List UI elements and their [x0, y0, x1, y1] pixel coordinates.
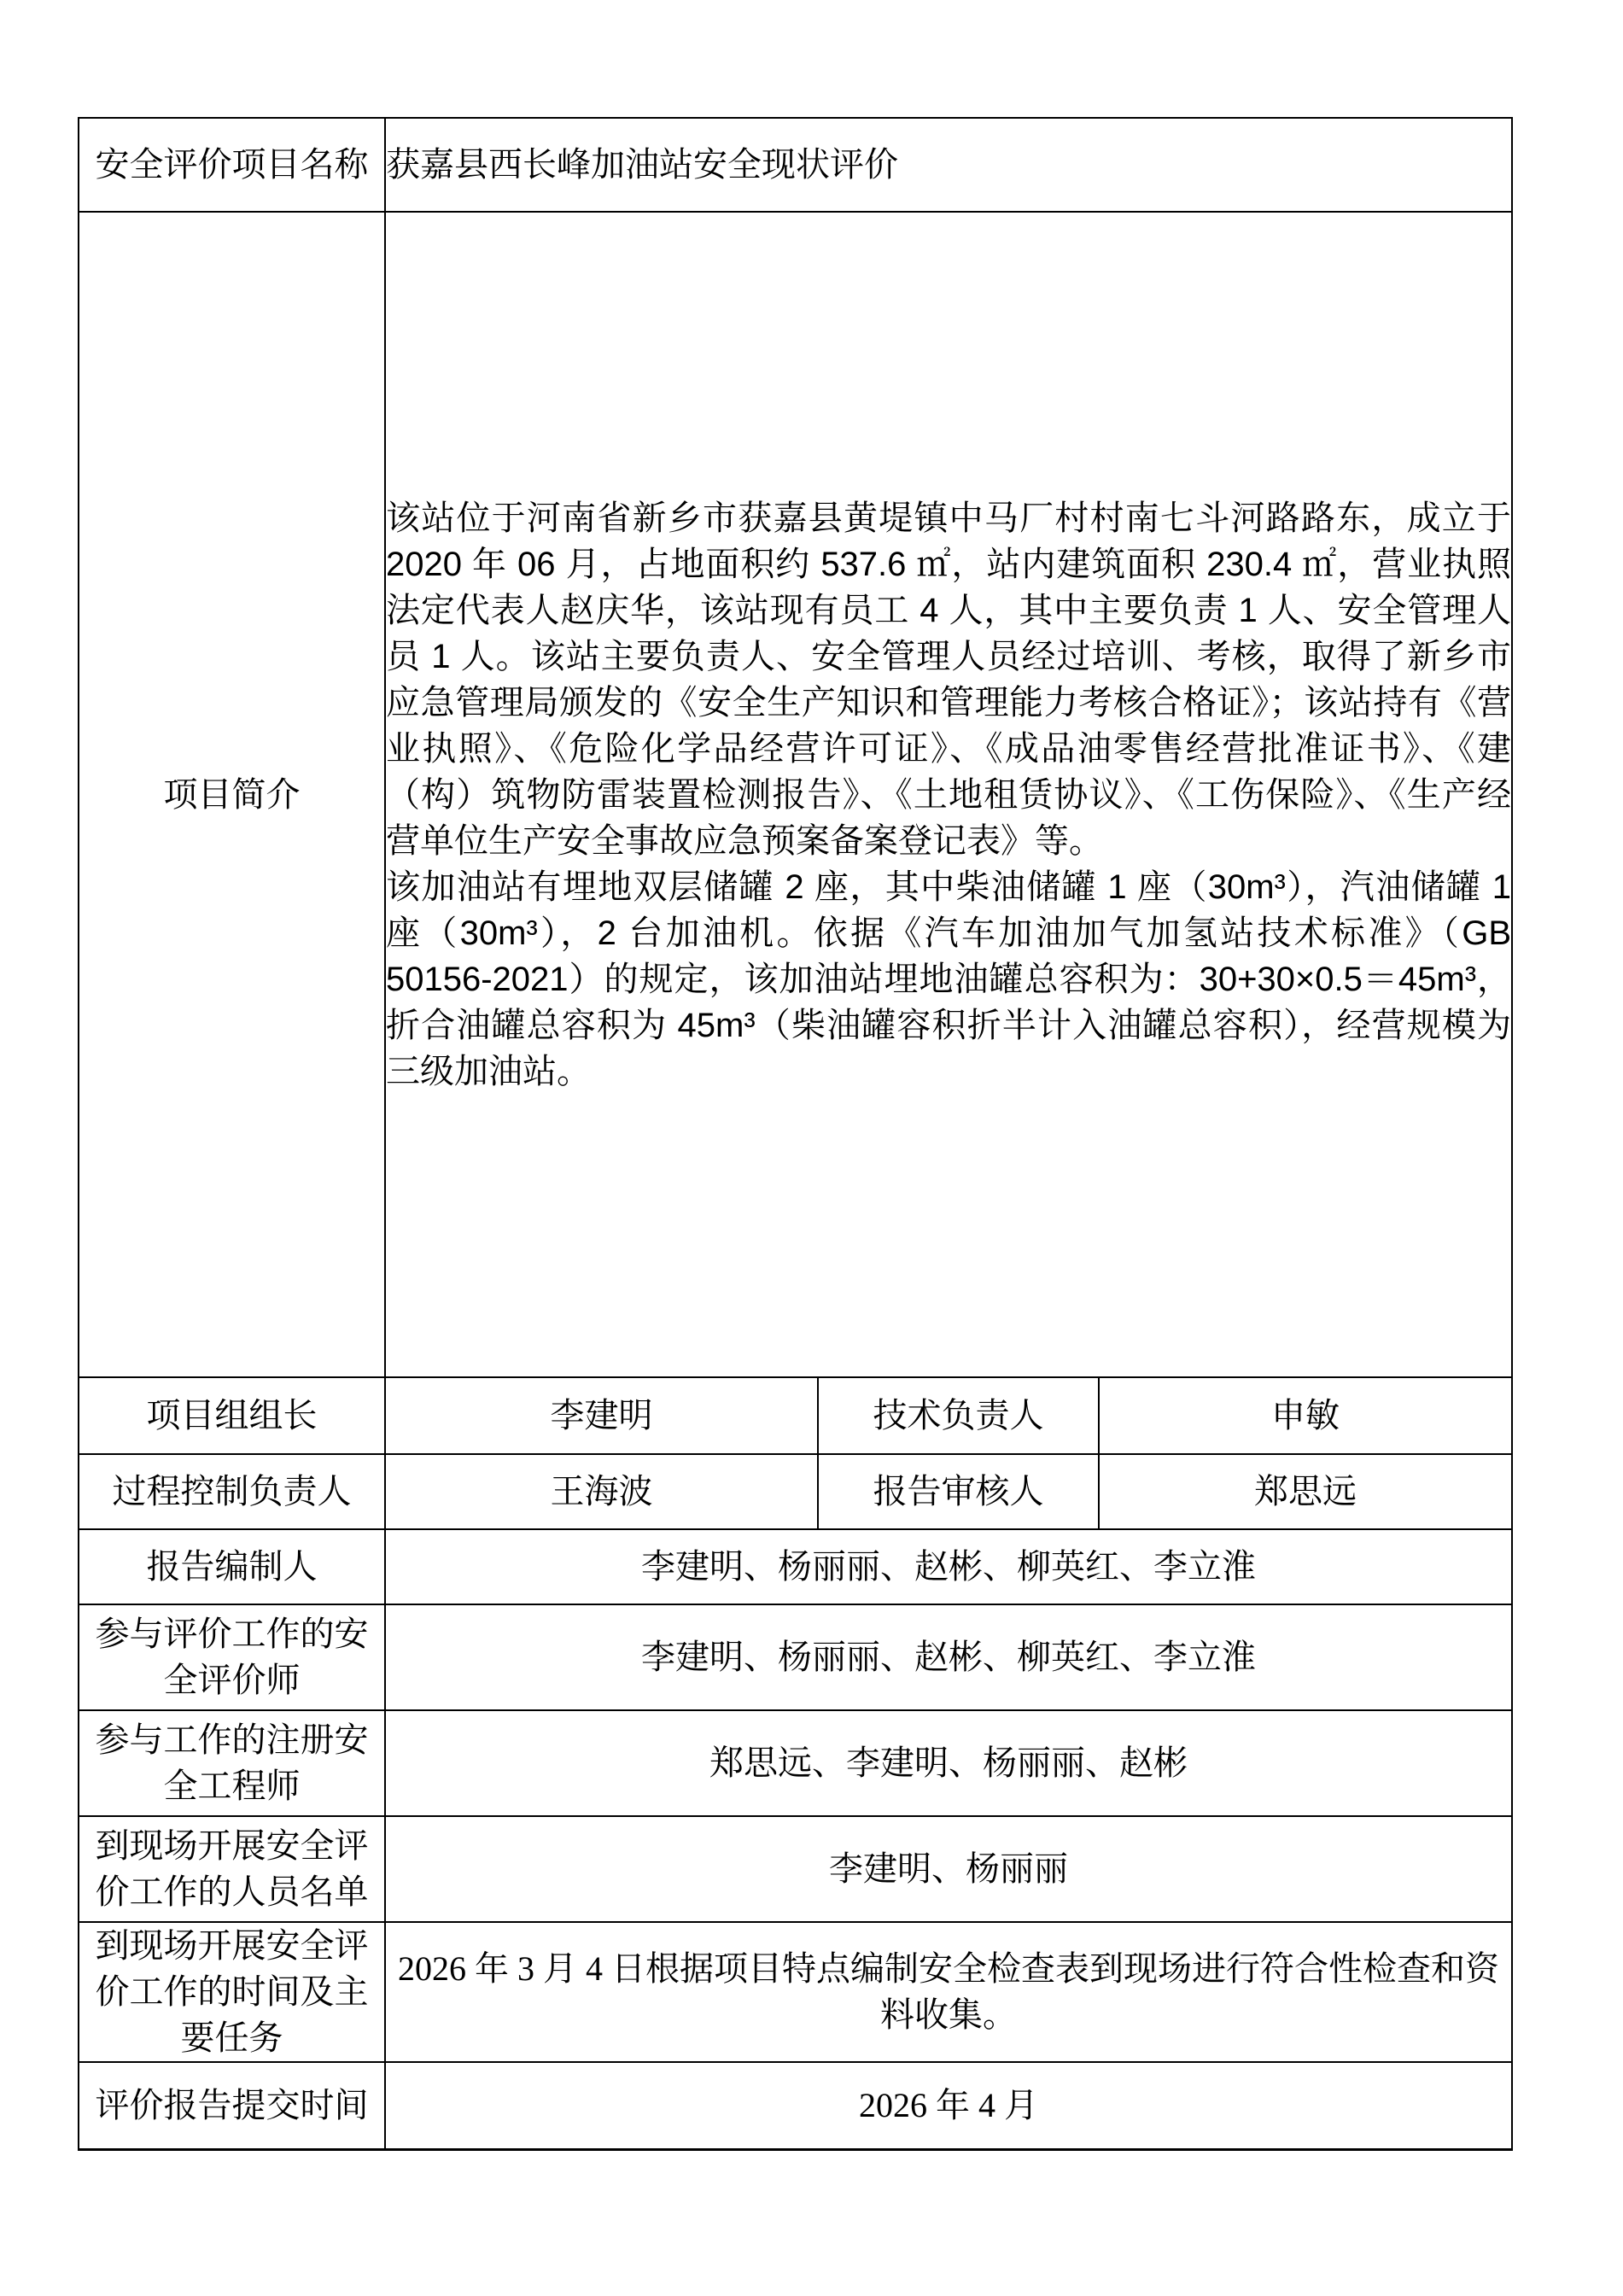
project-name-label: 安全评价项目名称 [79, 118, 385, 212]
evaluation-info-table: 安全评价项目名称 获嘉县西长峰加油站安全现状评价 项目简介 该站位于河南省新乡市… [78, 117, 1513, 2151]
row-site-schedule: 到现场开展安全评价工作的时间及主要任务 2026 年 3 月 4 日根据项目特点… [79, 1922, 1512, 2062]
intro-label: 项目简介 [79, 212, 385, 1377]
row-site-personnel: 到现场开展安全评价工作的人员名单 李建明、杨丽丽 [79, 1816, 1512, 1922]
report-reviewer-value: 郑思远 [1099, 1454, 1512, 1529]
process-control-value: 王海波 [385, 1454, 818, 1529]
registered-engineers-label: 参与工作的注册安全工程师 [79, 1710, 385, 1816]
team-leader-value: 李建明 [385, 1377, 818, 1454]
row-registered-engineers: 参与工作的注册安全工程师 郑思远、李建明、杨丽丽、赵彬 [79, 1710, 1512, 1816]
intro-paragraph-2: 该加油站有埋地双层储罐 2 座，其中柴油储罐 1 座（30m³），汽油储罐 1 … [386, 864, 1511, 1095]
site-personnel-value: 李建明、杨丽丽 [385, 1816, 1512, 1922]
registered-engineers-value: 郑思远、李建明、杨丽丽、赵彬 [385, 1710, 1512, 1816]
submission-time-label: 评价报告提交时间 [79, 2062, 385, 2149]
site-schedule-label: 到现场开展安全评价工作的时间及主要任务 [79, 1922, 385, 2062]
safety-assessors-label: 参与评价工作的安全评价师 [79, 1604, 385, 1710]
row-process-control: 过程控制负责人 王海波 报告审核人 郑思远 [79, 1454, 1512, 1529]
row-leaders: 项目组组长 李建明 技术负责人 申敏 [79, 1377, 1512, 1454]
report-writers-value: 李建明、杨丽丽、赵彬、柳英红、李立淮 [385, 1529, 1512, 1604]
report-writers-label: 报告编制人 [79, 1529, 385, 1604]
technical-director-value: 申敏 [1099, 1377, 1512, 1454]
project-name-value: 获嘉县西长峰加油站安全现状评价 [385, 118, 1512, 212]
document-page: 安全评价项目名称 获嘉县西长峰加油站安全现状评价 项目简介 该站位于河南省新乡市… [0, 0, 1623, 2296]
row-report-writers: 报告编制人 李建明、杨丽丽、赵彬、柳英红、李立淮 [79, 1529, 1512, 1604]
row-intro: 项目简介 该站位于河南省新乡市获嘉县黄堤镇中马厂村村南七斗河路路东，成立于 20… [79, 212, 1512, 1377]
submission-time-value: 2026 年 4 月 [385, 2062, 1512, 2149]
row-submission-time: 评价报告提交时间 2026 年 4 月 [79, 2062, 1512, 2149]
site-personnel-label: 到现场开展安全评价工作的人员名单 [79, 1816, 385, 1922]
row-safety-assessors: 参与评价工作的安全评价师 李建明、杨丽丽、赵彬、柳英红、李立淮 [79, 1604, 1512, 1710]
process-control-label: 过程控制负责人 [79, 1454, 385, 1529]
intro-text: 该站位于河南省新乡市获嘉县黄堤镇中马厂村村南七斗河路路东，成立于 2020 年 … [385, 212, 1512, 1377]
team-leader-label: 项目组组长 [79, 1377, 385, 1454]
row-project-name: 安全评价项目名称 获嘉县西长峰加油站安全现状评价 [79, 118, 1512, 212]
site-schedule-value: 2026 年 3 月 4 日根据项目特点编制安全检查表到现场进行符合性检查和资料… [385, 1922, 1512, 2062]
technical-director-label: 技术负责人 [818, 1377, 1099, 1454]
intro-paragraph-1: 该站位于河南省新乡市获嘉县黄堤镇中马厂村村南七斗河路路东，成立于 2020 年 … [386, 495, 1511, 864]
report-reviewer-label: 报告审核人 [818, 1454, 1099, 1529]
safety-assessors-value: 李建明、杨丽丽、赵彬、柳英红、李立淮 [385, 1604, 1512, 1710]
